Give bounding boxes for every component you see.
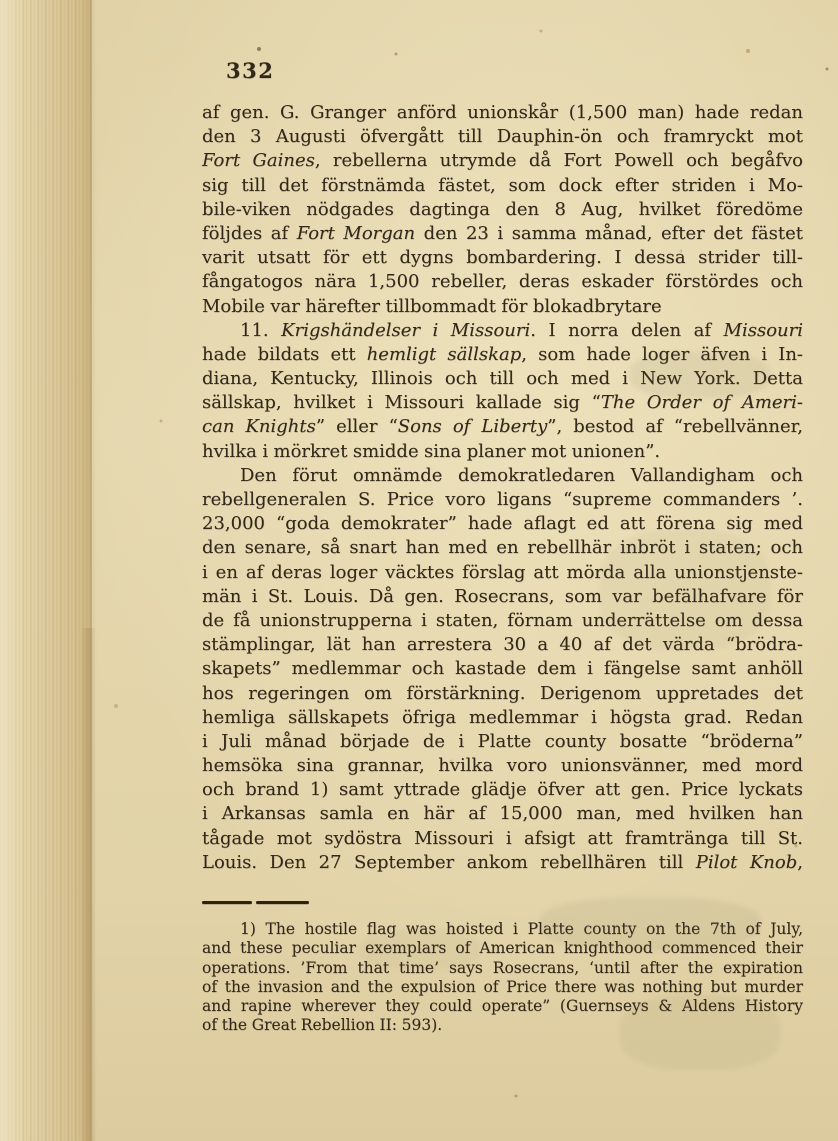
text-line: sig till det förstnämda fästet, som dock… [202, 174, 803, 198]
page-edge-boundary-bottom [80, 628, 98, 1141]
text-line: den 3 Augusti öfvergått till Dauphin-ön … [202, 125, 803, 149]
text-line: bile-viken nödgades dagtinga den 8 Aug, … [202, 198, 803, 222]
footnote-divider [202, 901, 309, 905]
text-line: tågade mot sydöstra Missouri i afsigt at… [202, 827, 803, 851]
text-line: fångatogos nära 1,500 rebeller, deras es… [202, 270, 803, 294]
text-line: 11. Krigshändelser i Missouri. I norra d… [202, 319, 803, 343]
text-line: Fort Gaines, rebellerna utrymde då Fort … [202, 149, 803, 173]
text-line: can Knights” eller “Sons of Liberty”, be… [202, 415, 803, 439]
book-edge-highlight [0, 0, 26, 1141]
text-line: af gen. G. Granger anförd unionskår (1,5… [202, 101, 803, 125]
text-line: hos regeringen om förstärkning. Derigeno… [202, 682, 803, 706]
ink-show-through [360, 930, 480, 970]
text-line: hemsöka sina grannar, hvilka voro unions… [202, 754, 803, 778]
text-line: rebellgeneralen S. Price voro ligans “su… [202, 488, 803, 512]
ink-show-through [600, 530, 770, 650]
text-line: och brand 1) samt yttrade glädje öfver a… [202, 778, 803, 802]
text-line: Louis. Den 27 September ankom rebellhäre… [202, 851, 803, 875]
ink-show-through [540, 898, 760, 950]
page-number: 332 [226, 58, 274, 83]
divider-dash [256, 901, 309, 904]
text-line: Den förut omnämde demokratledaren Vallan… [202, 464, 803, 488]
paper-specks [0, 0, 2, 2]
text-line: operations. ’From that time’ says Rosecr… [202, 959, 803, 978]
text-line: hemliga sällskapets öfriga medlemmar i h… [202, 706, 803, 730]
text-line: i Juli månad började de i Platte county … [202, 730, 803, 754]
text-line: varit utsatt för ett dygns bombardering.… [202, 246, 803, 270]
ink-show-through [630, 352, 770, 398]
text-line: Mobile var härefter tillbommadt för blok… [202, 295, 803, 319]
text-line: skapets” medlemmar och kastade dem i fän… [202, 657, 803, 681]
main-text-block: af gen. G. Granger anförd unionskår (1,5… [202, 101, 803, 875]
text-line: i Arkansas samla en här af 15,000 man, m… [202, 802, 803, 826]
book-page-scan: 332 af gen. G. Granger anförd unionskår … [0, 0, 838, 1141]
divider-dash [202, 901, 252, 904]
text-line: hvilka i mörkret smidde sina planer mot … [202, 440, 803, 464]
ink-show-through [620, 995, 780, 1070]
text-line: följdes af Fort Morgan den 23 i samma må… [202, 222, 803, 246]
